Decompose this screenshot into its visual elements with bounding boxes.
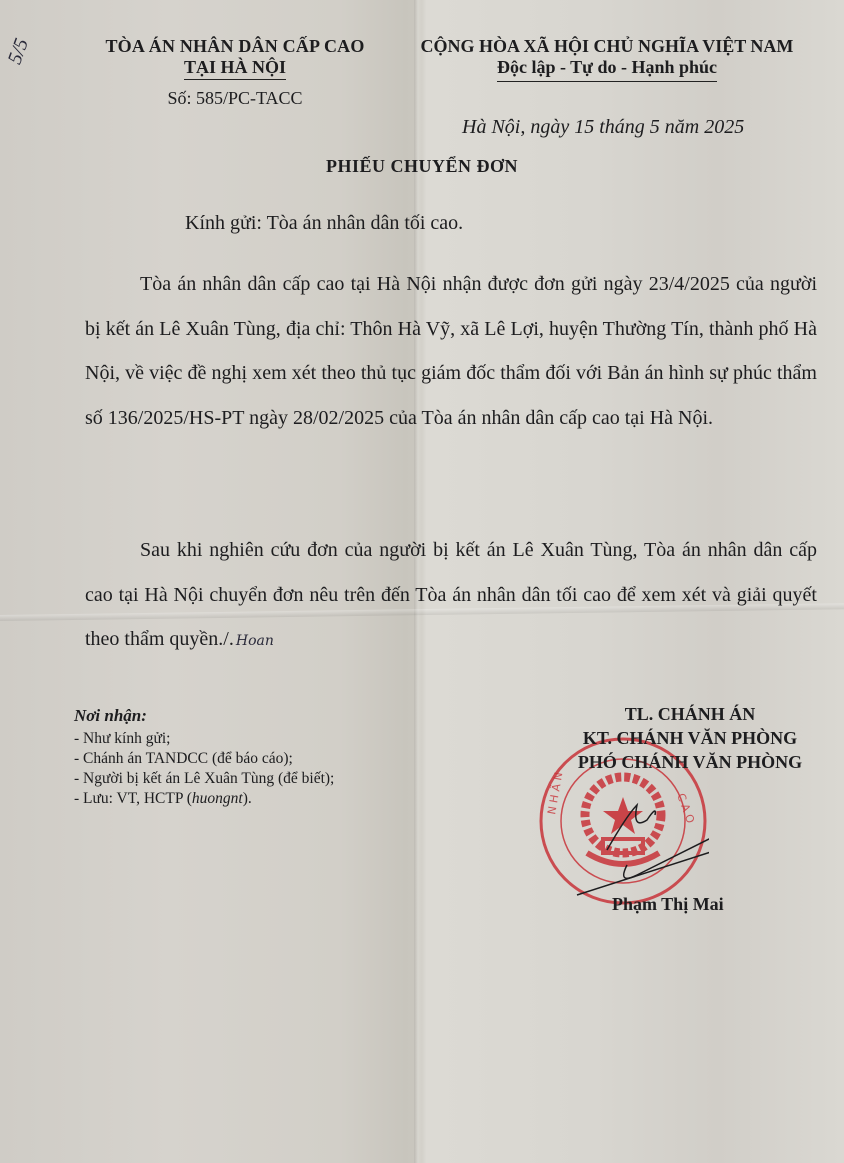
body-paragraph-2: Sau khi nghiên cứu đơn của người bị kết … (85, 528, 817, 664)
org-name: TÒA ÁN NHÂN DÂN CẤP CAO (70, 36, 400, 57)
issuing-authority-block: TÒA ÁN NHÂN DÂN CẤP CAO TẠI HÀ NỘI Số: 5… (70, 36, 400, 109)
body-paragraph-1: Tòa án nhân dân cấp cao tại Hà Nội nhận … (85, 262, 817, 440)
place-date: Hà Nội, ngày 15 tháng 5 năm 2025 (462, 116, 744, 139)
addressee: Kính gửi: Tòa án nhân dân tối cao. (185, 212, 463, 235)
recipients-heading: Nơi nhận: (74, 706, 334, 726)
recipient-item: - Như kính gửi; (74, 729, 334, 749)
handwritten-margin-note: 5/5 (4, 36, 34, 68)
signature-block: TL. CHÁNH ÁN KT. CHÁNH VĂN PHÒNG PHÓ CHÁ… (540, 702, 840, 774)
signature-title-2: KT. CHÁNH VĂN PHÒNG (540, 726, 840, 750)
recipient-item: - Người bị kết án Lê Xuân Tùng (để biết)… (74, 769, 334, 789)
recipient-item-archive: - Lưu: VT, HCTP (huongnt). (74, 789, 334, 809)
document-title: PHIẾU CHUYỂN ĐƠN (0, 156, 844, 177)
signer-name: Phạm Thị Mai (612, 894, 724, 915)
svg-text:C A O: C A O (674, 792, 697, 826)
recipients-list: Nơi nhận: - Như kính gửi; - Chánh án TAN… (74, 706, 334, 809)
national-heading-block: CỘNG HÒA XÃ HỘI CHỦ NGHĨA VIỆT NAM Độc l… (402, 36, 812, 82)
national-motto: Độc lập - Tự do - Hạnh phúc (497, 57, 717, 82)
doc-number: Số: 585/PC-TACC (70, 88, 400, 109)
org-location: TẠI HÀ NỘI (184, 57, 286, 80)
recipient-item: - Chánh án TANDCC (để báo cáo); (74, 749, 334, 769)
handwritten-initials: Hoan (236, 633, 274, 649)
signature-title-1: TL. CHÁNH ÁN (540, 702, 840, 726)
country-name: CỘNG HÒA XÃ HỘI CHỦ NGHĨA VIỆT NAM (402, 36, 812, 57)
signature-title-3: PHÓ CHÁNH VĂN PHÒNG (540, 750, 840, 774)
